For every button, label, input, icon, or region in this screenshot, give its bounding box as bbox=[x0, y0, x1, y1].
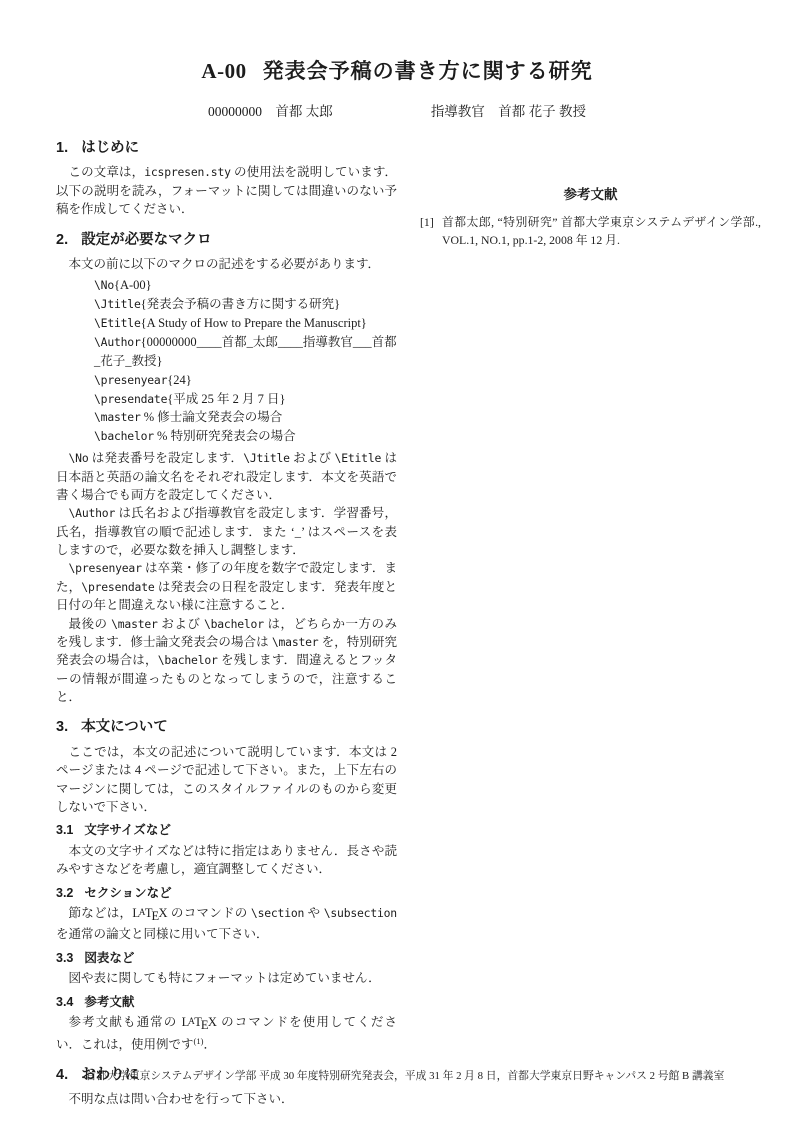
latex-raised-a: A bbox=[139, 907, 146, 917]
footer-conference-info: 首都大学東京システムデザイン学部 平成 30 年度特別研究発表会，平成 31 年… bbox=[40, 1069, 770, 1084]
body-paragraph: 最後の \master および \bachelor は，どちらか一方のみを残しま… bbox=[56, 615, 397, 707]
text-run: この文章は， bbox=[69, 165, 145, 179]
subsection-title: 文字サイズなど bbox=[84, 823, 171, 839]
subsection-heading: 3.1文字サイズなど bbox=[56, 823, 397, 839]
page-title: A-00発表会予稿の書き方に関する研究 bbox=[0, 58, 794, 85]
subsection-number: 3.3 bbox=[56, 951, 73, 967]
text-run: ここでは，本文の記述について説明しています．本文は 2 ページまたは 4 ページ… bbox=[56, 745, 397, 814]
body-paragraph: \No は発表番号を設定します．\Jtitle および \Etitle は日本語… bbox=[56, 449, 397, 504]
section-heading: 2.設定が必要なマクロ bbox=[56, 232, 397, 249]
author-line: 00000000 首都 太郎 指導教官 首都 花子 教授 bbox=[0, 100, 794, 120]
text-run: 参考文献も通常の bbox=[69, 1015, 182, 1029]
title-japanese: 発表会予稿の書き方に関する研究 bbox=[263, 60, 593, 83]
code-line: \No{A-00} bbox=[94, 276, 397, 295]
text-run: 節などは， bbox=[69, 906, 133, 920]
code-line: \Jtitle{発表会予稿の書き方に関する研究} bbox=[94, 295, 397, 314]
text-run: 最後の bbox=[69, 617, 112, 631]
inline-code: \master bbox=[272, 635, 319, 649]
inline-code: \Jtitle bbox=[243, 451, 290, 465]
body-paragraph: 不明な点は問い合わせを行って下さい． bbox=[56, 1090, 397, 1108]
section-number: 3. bbox=[56, 719, 68, 736]
section-heading: 1.はじめに bbox=[56, 140, 397, 157]
subsection-number: 3.1 bbox=[56, 823, 73, 839]
section-number: 2. bbox=[56, 232, 68, 249]
reference-label: [1] bbox=[420, 213, 442, 250]
text-run: % 修士論文発表会の場合 bbox=[141, 410, 283, 424]
inline-code: \bachelor bbox=[158, 653, 218, 667]
inline-code: icspresen.sty bbox=[144, 165, 231, 179]
subsection-heading: 3.2セクションなど bbox=[56, 886, 397, 902]
body-paragraph: 本文の文字サイズなどは特に指定はありません．長さや読みやすさなどを考慮し，適宜調… bbox=[56, 842, 397, 879]
latex-logo: LATEX bbox=[132, 906, 167, 920]
inline-code: \presenyear bbox=[94, 373, 167, 387]
body-paragraph: 本文の前に以下のマクロの記述をする必要があります． bbox=[56, 255, 397, 273]
section-title: はじめに bbox=[81, 140, 139, 157]
body-paragraph: 図や表に関しても特にフォーマットは定めていません． bbox=[56, 969, 397, 987]
code-line: \Author{00000000____首都_太郎____指導教官___首都_花… bbox=[94, 333, 397, 371]
subsection-title: 参考文献 bbox=[84, 995, 134, 1011]
reference-text: 首都太郎, “特別研究” 首都大学東京システムデザイン学部., VOL.1, N… bbox=[442, 213, 761, 250]
inline-code: \section bbox=[251, 906, 304, 920]
inline-code: \presenyear bbox=[69, 561, 142, 575]
inline-code: \presendate bbox=[94, 392, 167, 406]
subsection-heading: 3.3図表など bbox=[56, 951, 397, 967]
subsection-number: 3.2 bbox=[56, 886, 73, 902]
inline-code: \master bbox=[111, 617, 158, 631]
subsection-heading: 3.4参考文献 bbox=[56, 995, 397, 1011]
section-title: 本文について bbox=[81, 719, 168, 736]
inline-code: \Etitle bbox=[335, 451, 382, 465]
inline-code: \bachelor bbox=[204, 617, 264, 631]
text-run: を通常の論文と同様に用いて下さい． bbox=[56, 927, 269, 941]
text-run: {24} bbox=[167, 373, 192, 387]
text-run: 本文の文字サイズなどは特に指定はありません．長さや読みやすさなどを考慮し，適宜調… bbox=[56, 844, 397, 876]
code-line: \presenyear{24} bbox=[94, 371, 397, 390]
inline-code: \subsection bbox=[324, 906, 397, 920]
text-run: {平成 25 年 2 月 7 日} bbox=[167, 392, 285, 406]
body-paragraph: 参考文献も通常の LATEX のコマンドを使用してください．これは，使用例です(… bbox=[56, 1013, 397, 1053]
code-line: \Etitle{A Study of How to Prepare the Ma… bbox=[94, 314, 397, 333]
reference-list: [1]首都太郎, “特別研究” 首都大学東京システムデザイン学部., VOL.1… bbox=[420, 213, 761, 250]
text-run: ． bbox=[203, 1037, 216, 1051]
citation-superscript: (1) bbox=[194, 1036, 204, 1046]
reference-item: [1]首都太郎, “特別研究” 首都大学東京システムデザイン学部., VOL.1… bbox=[420, 213, 761, 250]
body-paragraph: \presenyear は卒業・修了の年度を数字で設定します．また，\prese… bbox=[56, 559, 397, 614]
text-run: % 特別研究発表会の場合 bbox=[154, 429, 296, 443]
latex-raised-a: A bbox=[188, 1016, 195, 1026]
inline-code: \bachelor bbox=[94, 429, 154, 443]
subsection-number: 3.4 bbox=[56, 995, 73, 1011]
author-student: 00000000 首都 太郎 bbox=[208, 100, 333, 120]
section-heading: 3.本文について bbox=[56, 719, 397, 736]
subsection-title: 図表など bbox=[84, 951, 134, 967]
macro-code-block: \No{A-00}\Jtitle{発表会予稿の書き方に関する研究}\Etitle… bbox=[94, 276, 397, 446]
inline-code: \presendate bbox=[81, 580, 154, 594]
latex-lowered-e: E bbox=[201, 1018, 209, 1032]
text-run: {A Study of How to Prepare the Manuscrip… bbox=[141, 316, 367, 330]
inline-code: \master bbox=[94, 410, 141, 424]
inline-code: \Jtitle bbox=[94, 297, 141, 311]
text-run: および bbox=[290, 451, 335, 465]
code-line: \master % 修士論文発表会の場合 bbox=[94, 408, 397, 427]
section-title: 設定が必要なマクロ bbox=[81, 232, 212, 249]
text-run: {A-00} bbox=[114, 278, 152, 292]
code-line: \bachelor % 特別研究発表会の場合 bbox=[94, 427, 397, 446]
text-run: のコマンドの bbox=[168, 906, 251, 920]
left-column: 1.はじめにこの文章は，icspresen.sty の使用法を説明しています．以… bbox=[56, 140, 397, 1108]
body-paragraph: 節などは，LATEX のコマンドの \section や \subsection… bbox=[56, 904, 397, 944]
subsection-title: セクションなど bbox=[84, 886, 171, 902]
text-run: 図や表に関しても特にフォーマットは定めていません． bbox=[69, 971, 381, 985]
inline-code: \No bbox=[69, 451, 89, 465]
right-column: 参考文献 [1]首都太郎, “特別研究” 首都大学東京システムデザイン学部., … bbox=[420, 140, 761, 1108]
text-run: は発表番号を設定します． bbox=[88, 451, 243, 465]
latex-lowered-e: E bbox=[152, 909, 160, 923]
author-advisor: 指導教官 首都 花子 教授 bbox=[431, 100, 586, 120]
code-line: \presendate{平成 25 年 2 月 7 日} bbox=[94, 390, 397, 409]
document-page: A-00発表会予稿の書き方に関する研究 00000000 首都 太郎 指導教官 … bbox=[0, 0, 794, 1123]
text-run: や bbox=[304, 906, 324, 920]
two-column-body: 1.はじめにこの文章は，icspresen.sty の使用法を説明しています．以… bbox=[56, 140, 761, 1108]
inline-code: \Etitle bbox=[94, 316, 141, 330]
body-paragraph: ここでは，本文の記述について説明しています．本文は 2 ページまたは 4 ページ… bbox=[56, 743, 397, 817]
text-run: {発表会予稿の書き方に関する研究} bbox=[141, 297, 341, 311]
text-run: 本文の前に以下のマクロの記述をする必要があります． bbox=[69, 257, 381, 271]
inline-code: \Author bbox=[94, 335, 141, 349]
body-paragraph: \Author は氏名および指導教官を設定します．学習番号，氏名，指導教官の順で… bbox=[56, 504, 397, 559]
section-number: 1. bbox=[56, 140, 68, 157]
references-heading: 参考文献 bbox=[420, 183, 761, 203]
presentation-number: A-00 bbox=[201, 59, 246, 83]
inline-code: \No bbox=[94, 278, 114, 292]
latex-logo: LATEX bbox=[182, 1015, 217, 1029]
document-header: A-00発表会予稿の書き方に関する研究 00000000 首都 太郎 指導教官 … bbox=[0, 58, 794, 120]
body-paragraph: この文章は，icspresen.sty の使用法を説明しています．以下の説明を読… bbox=[56, 163, 397, 218]
text-run: および bbox=[158, 617, 204, 631]
inline-code: \Author bbox=[69, 506, 116, 520]
text-run: 不明な点は問い合わせを行って下さい． bbox=[69, 1092, 294, 1106]
